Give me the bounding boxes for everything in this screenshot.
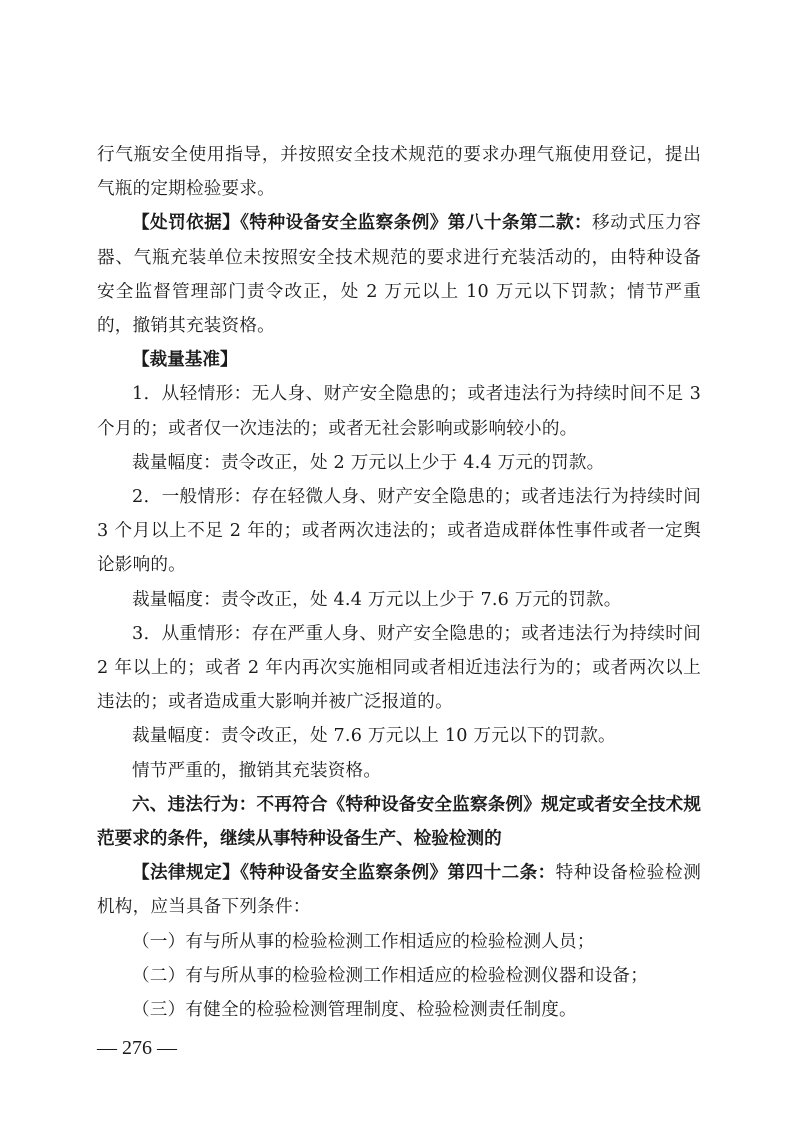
discretion-standard-paragraph: 【裁量基准】 [97,343,701,377]
page-number: — 276 — [97,1037,177,1060]
serious-circumstance: 情节严重的，撤销其充装资格。 [97,754,701,788]
paragraph-continuation: 行气瓶安全使用指导，并按照安全技术规范的要求办理气瓶使用登记，提出气瓶的定期检验… [97,138,701,206]
section-six-heading: 六、违法行为：不再符合《特种设备安全监察条例》规定或者安全技术规范要求的条件，继… [97,788,701,856]
penalty-basis-heading: 【处罚依据】《特种设备安全监察条例》第八十条第二款： [132,213,592,233]
discretion-standard-heading: 【裁量基准】 [132,350,238,370]
heavy-discretion-range: 裁量幅度：责令改正，处 7.6 万元以上 10 万元以下的罚款。 [97,719,701,753]
light-circumstance: 1．从轻情形：无人身、财产安全隐患的；或者违法行为持续时间不足 3 个月的；或者… [97,377,701,445]
general-circumstance: 2．一般情形：存在轻微人身、财产安全隐患的；或者违法行为持续时间 3 个月以上不… [97,480,701,583]
legal-provision-heading: 【法律规定】《特种设备安全监察条例》第四十二条： [132,863,556,883]
condition-item-1: （一）有与所从事的检验检测工作相适应的检验检测人员； [97,925,701,959]
general-discretion-range: 裁量幅度：责令改正，处 4.4 万元以上少于 7.6 万元的罚款。 [97,583,701,617]
legal-provision-paragraph: 【法律规定】《特种设备安全监察条例》第四十二条：特种设备检验检测机构，应当具备下… [97,856,701,924]
condition-item-2: （二）有与所从事的检验检测工作相适应的检验检测仪器和设备； [97,959,701,993]
heavy-circumstance: 3．从重情形：存在严重人身、财产安全隐患的；或者违法行为持续时间 2 年以上的；… [97,617,701,720]
light-discretion-range: 裁量幅度：责令改正，处 2 万元以上少于 4.4 万元的罚款。 [97,446,701,480]
condition-item-3: （三）有健全的检验检测管理制度、检验检测责任制度。 [97,993,701,1027]
penalty-basis-paragraph: 【处罚依据】《特种设备安全监察条例》第八十条第二款：移动式压力容器、气瓶充装单位… [97,206,701,343]
page-body: 行气瓶安全使用指导，并按照安全技术规范的要求办理气瓶使用登记，提出气瓶的定期检验… [97,138,701,1027]
